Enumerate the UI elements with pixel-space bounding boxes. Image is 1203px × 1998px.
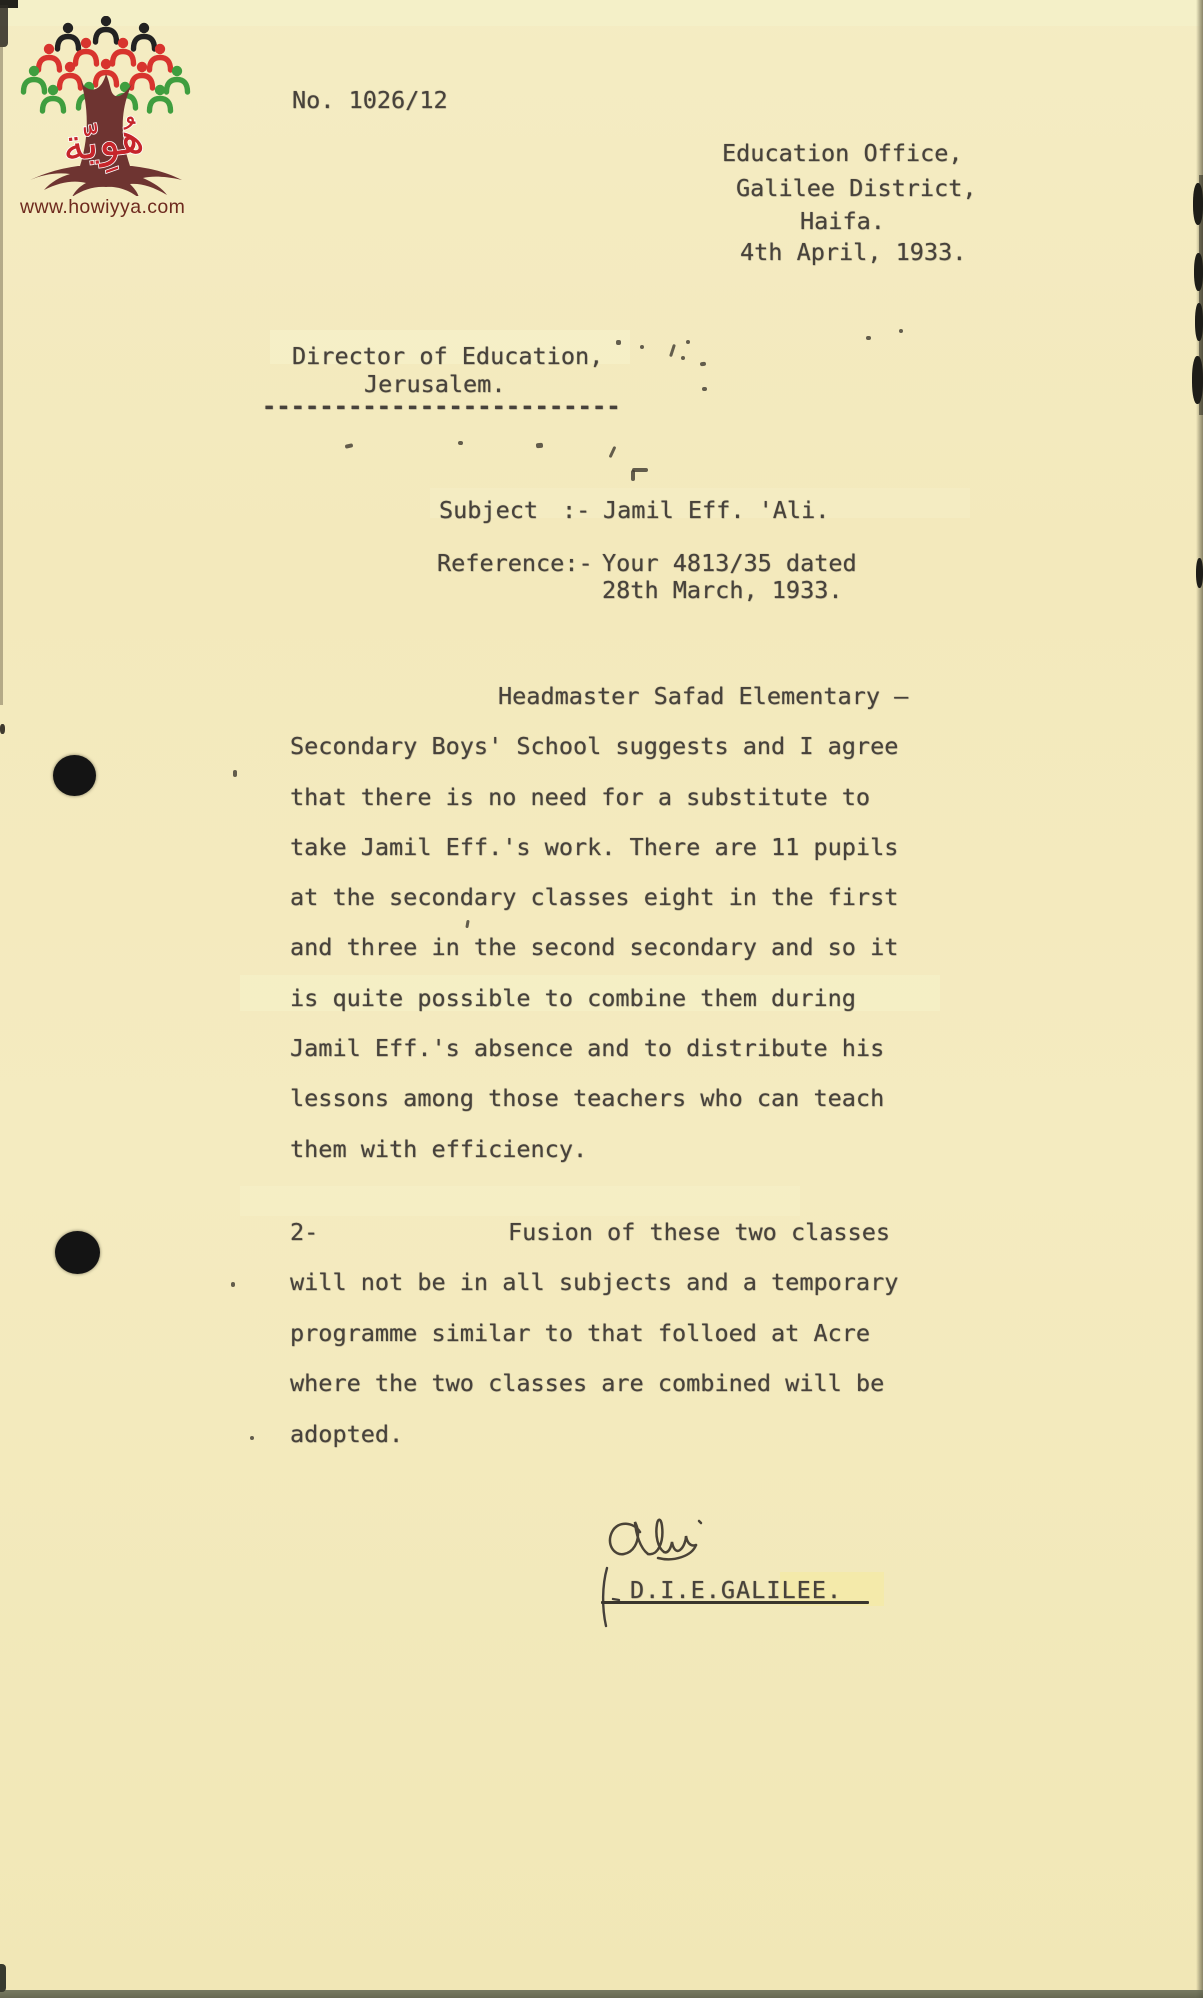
howiyya-logo: هُوِيّة — [16, 16, 211, 196]
subject-label: Subject — [439, 496, 538, 524]
scan-edge-artifact — [0, 45, 3, 705]
para1-line: lessons among those teachers who can tea… — [290, 1084, 884, 1112]
addressee-underline-dashes: ------------------------- — [262, 392, 621, 420]
ink-speck — [686, 340, 690, 344]
for-mark-icon — [596, 1566, 624, 1630]
para1-line: them with efficiency. — [290, 1135, 587, 1163]
para1-line: take Jamil Eff.'s work. There are 11 pup… — [290, 833, 898, 861]
scan-edge-bottom — [0, 1990, 1203, 1998]
ink-speck — [640, 345, 644, 349]
ink-speck — [899, 329, 903, 333]
ink-speck — [458, 441, 463, 445]
scan-edge-blob — [1196, 558, 1203, 588]
ink-speck — [250, 1436, 254, 1440]
reference-number: No. 1026/12 — [292, 86, 448, 114]
signature-typed-name: D.I.E.GALILEE. — [630, 1576, 842, 1604]
scan-edge-blob — [1193, 183, 1203, 225]
reference-value-line2: 28th March, 1933. — [602, 576, 843, 604]
para1-line: and three in the second secondary and so… — [290, 933, 898, 961]
para2-line: adopted. — [290, 1420, 403, 1448]
ink-speck — [702, 387, 707, 391]
para2-line: Fusion of these two classes — [508, 1218, 890, 1246]
scanned-letter-page: هُوِيّة www.howiyya.com No. 1026/12 Educ… — [0, 0, 1203, 1998]
letterhead-district: Galilee District, — [736, 174, 977, 202]
ink-speck — [681, 356, 685, 360]
para1-line: Secondary Boys' School suggests and I ag… — [290, 732, 898, 760]
punch-hole — [53, 755, 96, 796]
ink-speck — [231, 1282, 235, 1287]
para1-line: Headmaster Safad Elementary — — [498, 682, 908, 710]
letterhead-city: Haifa. — [800, 207, 885, 235]
reference-value-line1: Your 4813/35 dated — [602, 549, 857, 577]
para1-line: is quite possible to combine them during — [290, 984, 856, 1012]
ink-speck — [465, 920, 469, 928]
ink-speck — [536, 443, 543, 449]
para1-line: that there is no need for a substitute t… — [290, 783, 870, 811]
scan-edge-artifact — [0, 1964, 6, 1992]
watermark-url: www.howiyya.com — [20, 196, 205, 219]
reference-label: Reference:- — [437, 549, 593, 577]
howiyya-tree-logo-icon: هُوِيّة — [16, 16, 196, 196]
scan-edge-artifact — [0, 724, 5, 734]
tree-roots — [30, 166, 182, 196]
ink-speck — [616, 340, 621, 345]
para2-line: where the two classes are combined will … — [290, 1369, 884, 1397]
ink-speck — [609, 446, 617, 458]
subject-separator: :- — [562, 496, 590, 524]
ink-speck — [345, 443, 354, 449]
letterhead-office: Education Office, — [722, 139, 963, 167]
para2-line: programme similar to that folloed at Acr… — [290, 1319, 870, 1347]
handwritten-signature-icon — [600, 1512, 710, 1574]
scan-band — [240, 1186, 800, 1216]
ink-speck — [866, 336, 871, 340]
punch-hole — [55, 1231, 100, 1274]
ink-speck — [631, 470, 635, 481]
signature-underline — [601, 1601, 869, 1604]
ink-speck — [669, 344, 676, 357]
letter-date: 4th April, 1933. — [740, 238, 966, 266]
scan-edge-blob — [1194, 253, 1203, 291]
scan-edge-artifact — [0, 5, 8, 47]
subject-value: Jamil Eff. 'Ali. — [603, 496, 829, 524]
addressee-line1: Director of Education, — [292, 342, 603, 370]
scan-edge-blob — [1195, 303, 1203, 341]
para2-line: will not be in all subjects and a tempor… — [290, 1268, 898, 1296]
ink-speck — [700, 362, 706, 367]
para2-number: 2- — [290, 1218, 318, 1246]
scan-edge-blob — [1192, 356, 1203, 404]
para1-line: Jamil Eff.'s absence and to distribute h… — [290, 1034, 884, 1062]
para1-line: at the secondary classes eight in the fi… — [290, 883, 898, 911]
ink-speck — [233, 770, 237, 777]
